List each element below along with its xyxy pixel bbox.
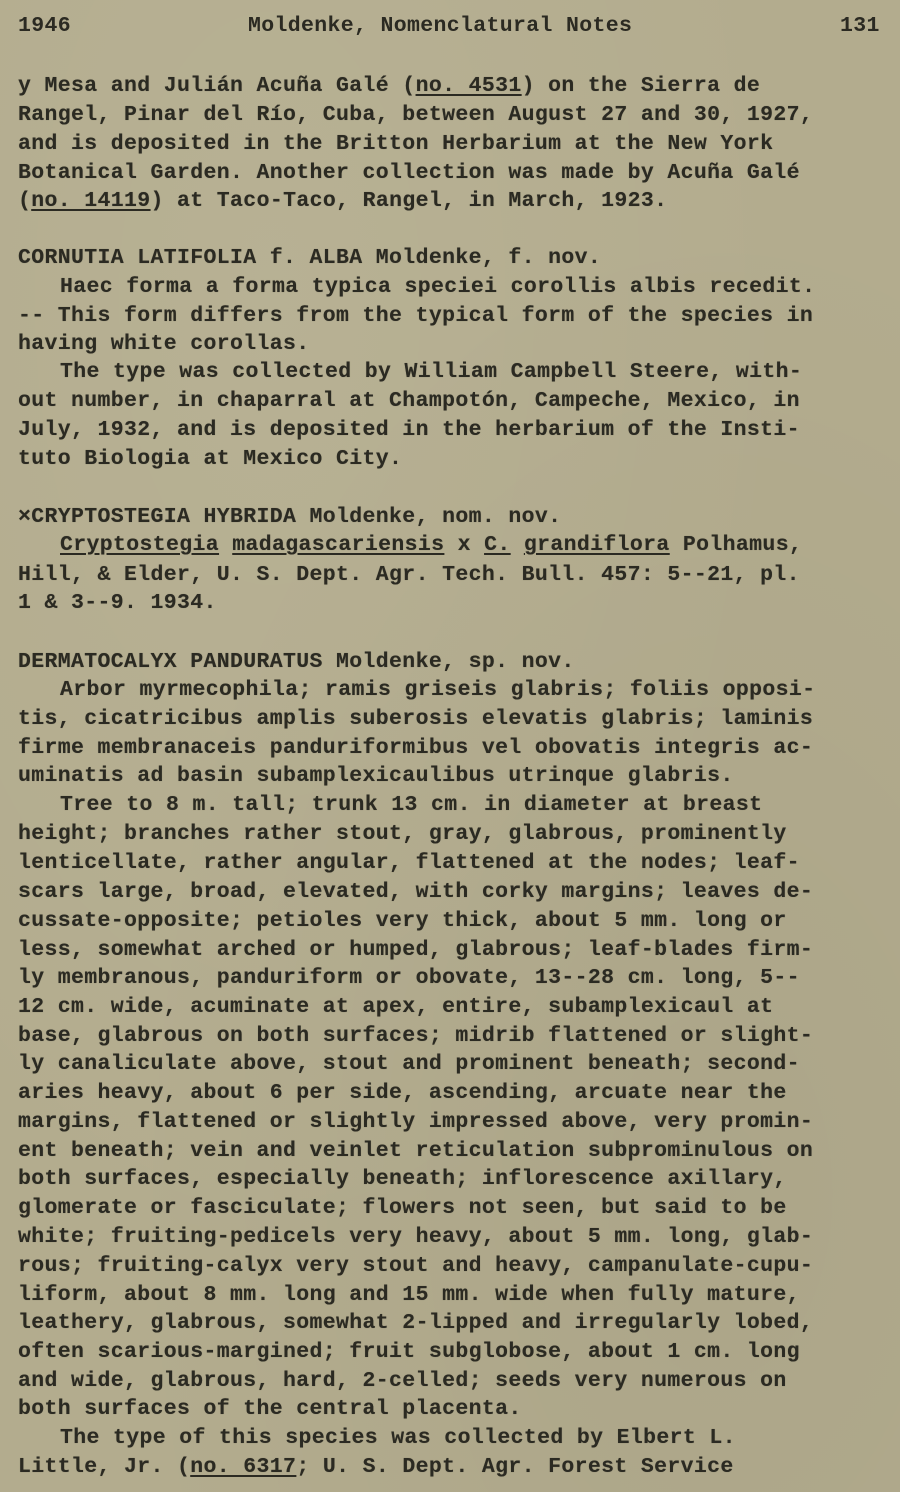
text-line: Cryptostegia madagascariensis x C. grand… xyxy=(60,531,802,559)
underlined-text: Cryptostegia xyxy=(60,533,219,557)
text-segment: scars large, broad, elevated, with corky… xyxy=(18,880,813,904)
text-line: -- This form differs from the typical fo… xyxy=(18,302,813,330)
text-line: having white corollas. xyxy=(18,330,310,358)
text-segment: Arbor myrmecophila; ramis griseis glabri… xyxy=(60,678,815,702)
text-segment: lenticellate, rather angular, flattened … xyxy=(18,851,800,875)
page-number: 131 xyxy=(840,14,880,38)
text-segment: both surfaces, especially beneath; inflo… xyxy=(18,1167,787,1191)
text-line: The type was collected by William Campbe… xyxy=(60,358,802,386)
text-line: y Mesa and Julián Acuña Galé (no. 4531) … xyxy=(18,72,760,100)
text-segment: ; U. S. Dept. Agr. Forest Service xyxy=(296,1455,733,1479)
text-segment: ( xyxy=(18,189,31,213)
underlined-text: C. xyxy=(484,533,511,557)
text-line: base, glabrous on both surfaces; midrib … xyxy=(18,1022,813,1050)
text-segment: and is deposited in the Britton Herbariu… xyxy=(18,132,773,156)
text-line: tis, cicatricibus amplis suberosis eleva… xyxy=(18,705,813,733)
underlined-text: no. 14119 xyxy=(31,189,150,213)
text-line: scars large, broad, elevated, with corky… xyxy=(18,878,813,906)
text-segment: height; branches rather stout, gray, gla… xyxy=(18,822,787,846)
text-segment: Tree to 8 m. tall; trunk 13 cm. in diame… xyxy=(60,793,762,817)
text-segment: aries heavy, about 6 per side, ascending… xyxy=(18,1081,787,1105)
text-segment: The type was collected by William Campbe… xyxy=(60,360,802,384)
text-line: Tree to 8 m. tall; trunk 13 cm. in diame… xyxy=(60,791,762,819)
text-segment: uminatis ad basin subamplexicaulibus utr… xyxy=(18,764,734,788)
underlined-text: madagascariensis xyxy=(232,533,444,557)
running-head-title: Moldenke, Nomenclatural Notes xyxy=(248,14,632,38)
text-line: ly membranous, panduriform or obovate, 1… xyxy=(18,964,800,992)
text-line: firme membranaceis panduriformibus vel o… xyxy=(18,734,813,762)
text-line: both surfaces of the central placenta. xyxy=(18,1395,522,1423)
text-segment: Little, Jr. ( xyxy=(18,1455,190,1479)
text-segment: ly membranous, panduriform or obovate, 1… xyxy=(18,966,800,990)
underlined-text: no. 6317 xyxy=(190,1455,296,1479)
text-segment: -- This form differs from the typical fo… xyxy=(18,304,813,328)
text-segment: ent beneath; vein and veinlet reticulati… xyxy=(18,1139,813,1163)
text-line: aries heavy, about 6 per side, ascending… xyxy=(18,1079,787,1107)
text-segment: 12 cm. wide, acuminate at apex, entire, … xyxy=(18,995,773,1019)
text-line: out number, in chaparral at Champotón, C… xyxy=(18,387,800,415)
text-segment: margins, flattened or slightly impressed… xyxy=(18,1110,813,1134)
text-segment: cussate-opposite; petioles very thick, a… xyxy=(18,909,787,933)
text-line: and is deposited in the Britton Herbariu… xyxy=(18,130,773,158)
text-line: glomerate or fasciculate; flowers not se… xyxy=(18,1194,787,1222)
text-segment: having white corollas. xyxy=(18,332,310,356)
text-segment: white; fruiting-pedicels very heavy, abo… xyxy=(18,1225,813,1249)
text-segment: CORNUTIA LATIFOLIA f. ALBA Moldenke, f. … xyxy=(18,246,601,270)
text-line: lenticellate, rather angular, flattened … xyxy=(18,849,800,877)
text-segment: July, 1932, and is deposited in the herb… xyxy=(18,418,800,442)
underlined-text: grandiflora xyxy=(524,533,670,557)
text-line: leathery, glabrous, somewhat 2-lipped an… xyxy=(18,1309,813,1337)
text-segment: both surfaces of the central placenta. xyxy=(18,1397,522,1421)
text-line: tuto Biologia at Mexico City. xyxy=(18,445,402,473)
text-line: cussate-opposite; petioles very thick, a… xyxy=(18,907,787,935)
text-segment: Rangel, Pinar del Río, Cuba, between Aug… xyxy=(18,103,813,127)
text-line: less, somewhat arched or humped, glabrou… xyxy=(18,936,813,964)
text-line: ×CRYPTOSTEGIA HYBRIDA Moldenke, nom. nov… xyxy=(18,503,561,531)
text-segment: 1 & 3--9. 1934. xyxy=(18,591,217,615)
text-segment: Polhamus, xyxy=(670,533,803,557)
text-segment: tuto Biologia at Mexico City. xyxy=(18,447,402,471)
text-line: (no. 14119) at Taco-Taco, Rangel, in Mar… xyxy=(18,187,667,215)
text-line: CORNUTIA LATIFOLIA f. ALBA Moldenke, f. … xyxy=(18,244,601,272)
text-segment: liform, about 8 mm. long and 15 mm. wide… xyxy=(18,1283,800,1307)
text-line: rous; fruiting-calyx very stout and heav… xyxy=(18,1252,813,1280)
text-segment: ×CRYPTOSTEGIA HYBRIDA Moldenke, nom. nov… xyxy=(18,505,561,529)
text-line: margins, flattened or slightly impressed… xyxy=(18,1108,813,1136)
text-line: Little, Jr. (no. 6317; U. S. Dept. Agr. … xyxy=(18,1453,734,1481)
text-segment xyxy=(219,533,232,557)
text-segment: ly canaliculate above, stout and promine… xyxy=(18,1052,800,1076)
text-line: 12 cm. wide, acuminate at apex, entire, … xyxy=(18,993,773,1021)
text-line: Rangel, Pinar del Río, Cuba, between Aug… xyxy=(18,101,813,129)
text-segment: often scarious-margined; fruit subglobos… xyxy=(18,1340,800,1364)
text-segment: ) on the Sierra de xyxy=(522,74,761,98)
text-segment: The type of this species was collected b… xyxy=(60,1426,736,1450)
text-line: The type of this species was collected b… xyxy=(60,1424,736,1452)
text-segment: y Mesa and Julián Acuña Galé ( xyxy=(18,74,416,98)
text-line: 1 & 3--9. 1934. xyxy=(18,589,217,617)
running-head-year: 1946 xyxy=(18,14,71,38)
text-segment: x xyxy=(444,533,484,557)
document-page: 1946 Moldenke, Nomenclatural Notes 131 y… xyxy=(0,0,900,1492)
text-segment: DERMATOCALYX PANDURATUS Moldenke, sp. no… xyxy=(18,650,575,674)
text-segment: out number, in chaparral at Champotón, C… xyxy=(18,389,800,413)
text-segment: base, glabrous on both surfaces; midrib … xyxy=(18,1024,813,1048)
text-line: liform, about 8 mm. long and 15 mm. wide… xyxy=(18,1281,800,1309)
text-line: and wide, glabrous, hard, 2-celled; seed… xyxy=(18,1367,787,1395)
text-line: ent beneath; vein and veinlet reticulati… xyxy=(18,1137,813,1165)
text-segment: glomerate or fasciculate; flowers not se… xyxy=(18,1196,787,1220)
text-segment: tis, cicatricibus amplis suberosis eleva… xyxy=(18,707,813,731)
text-segment: firme membranaceis panduriformibus vel o… xyxy=(18,736,813,760)
text-line: DERMATOCALYX PANDURATUS Moldenke, sp. no… xyxy=(18,648,575,676)
text-line: ly canaliculate above, stout and promine… xyxy=(18,1050,800,1078)
text-line: July, 1932, and is deposited in the herb… xyxy=(18,416,800,444)
text-line: Haec forma a forma typica speciei coroll… xyxy=(60,273,815,301)
text-line: uminatis ad basin subamplexicaulibus utr… xyxy=(18,762,734,790)
text-line: often scarious-margined; fruit subglobos… xyxy=(18,1338,800,1366)
text-line: height; branches rather stout, gray, gla… xyxy=(18,820,787,848)
text-segment: Haec forma a forma typica speciei coroll… xyxy=(60,275,815,299)
text-segment: and wide, glabrous, hard, 2-celled; seed… xyxy=(18,1369,787,1393)
text-line: Hill, & Elder, U. S. Dept. Agr. Tech. Bu… xyxy=(18,561,800,589)
text-segment: ) at Taco-Taco, Rangel, in March, 1923. xyxy=(151,189,668,213)
text-line: Botanical Garden. Another collection was… xyxy=(18,159,800,187)
text-line: Arbor myrmecophila; ramis griseis glabri… xyxy=(60,676,815,704)
text-line: white; fruiting-pedicels very heavy, abo… xyxy=(18,1223,813,1251)
text-segment: rous; fruiting-calyx very stout and heav… xyxy=(18,1254,813,1278)
text-segment: Hill, & Elder, U. S. Dept. Agr. Tech. Bu… xyxy=(18,563,800,587)
text-segment xyxy=(511,533,524,557)
underlined-text: no. 4531 xyxy=(416,74,522,98)
text-segment: leathery, glabrous, somewhat 2-lipped an… xyxy=(18,1311,813,1335)
text-segment: less, somewhat arched or humped, glabrou… xyxy=(18,938,813,962)
text-line: both surfaces, especially beneath; inflo… xyxy=(18,1165,787,1193)
text-segment: Botanical Garden. Another collection was… xyxy=(18,161,800,185)
